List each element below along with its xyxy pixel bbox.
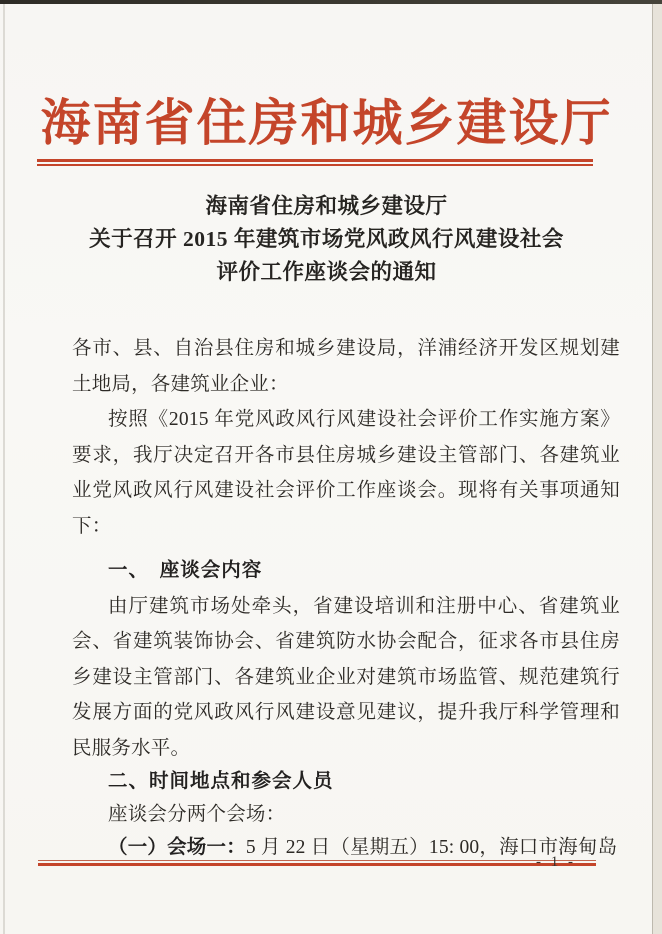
agency-masthead: 海南省住房和城乡建设厅 (0, 93, 653, 153)
page-number: - 1 - (530, 851, 582, 873)
document-title: 海南省住房和城乡建设厅 关于召开 2015 年建筑市场党风政风行风建设社会 评价… (0, 190, 653, 289)
title-line-1: 海南省住房和城乡建设厅 (0, 190, 653, 223)
masthead-rule (37, 159, 593, 166)
footer-rule (38, 860, 596, 866)
body-line: 土地局，各建筑业企业： (72, 367, 620, 403)
scan-top-edge (0, 0, 662, 4)
body-line: 乡建设主管部门、各建筑业企业对建筑市场监管、规范建筑行业 (72, 660, 620, 696)
body-line: 由厅建筑市场处牵头，省建设培训和注册中心、省建筑业协 (72, 589, 620, 625)
title-line-3: 评价工作座谈会的通知 (0, 256, 653, 289)
body-line: 发展方面的党风政风行风建设意见建议，提升我厅科学管理和为 (72, 695, 620, 731)
body-line: 各市、县、自治县住房和城乡建设局，洋浦经济开发区规划建设 (72, 331, 620, 367)
section-heading: 一、 座谈会内容 (72, 553, 620, 589)
body-column-main: 各市、县、自治县住房和城乡建设局，洋浦经济开发区规划建设土地局，各建筑业企业：按… (72, 331, 620, 766)
body-line: 要求，我厅决定召开各市县住房城乡建设主管部门、各建筑业企 (72, 438, 620, 474)
scan-right-edge (652, 4, 662, 934)
body-line: 会、省建筑装饰协会、省建筑防水协会配合，征求各市县住房城 (72, 624, 620, 660)
section-heading: 二、时间地点和参会人员 (72, 765, 620, 798)
document-page: 海南省住房和城乡建设厅 海南省住房和城乡建设厅 关于召开 2015 年建筑市场党… (0, 0, 662, 934)
body-line: 座谈会分两个会场： (72, 798, 620, 831)
venue-label: （一）会场一： (108, 837, 246, 858)
body-line: 民服务水平。 (72, 731, 620, 767)
body-column-tail: 二、时间地点和参会人员座谈会分两个会场：（一）会场一：5 月 22 日（星期五）… (72, 765, 620, 864)
body-line: 按照《2015 年党风政风行风建设社会评价工作实施方案》 (72, 402, 620, 438)
body-line: 业党风政风行风建设社会评价工作座谈会。现将有关事项通知如 (72, 473, 620, 509)
title-line-2: 关于召开 2015 年建筑市场党风政风行风建设社会 (0, 223, 653, 256)
body-line: 下： (72, 509, 620, 545)
